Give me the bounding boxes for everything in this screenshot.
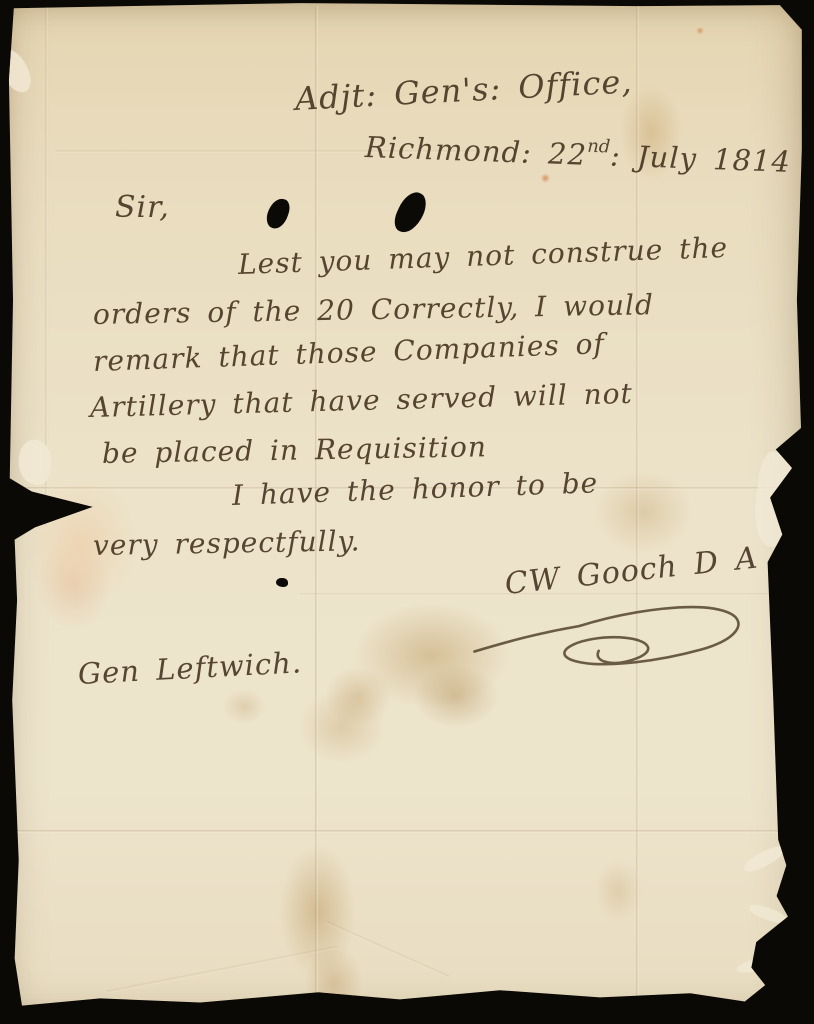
header-date-superscript: nd xyxy=(587,136,611,158)
body-line-2: orders of the 20 Correctly, I would xyxy=(93,288,654,331)
header-office-line: Adjt: Gen's: Office, xyxy=(294,62,633,118)
salutation: Sir, xyxy=(115,190,170,225)
ink-blot-small xyxy=(276,578,288,587)
crumple-highlight-bottom-right-2 xyxy=(747,902,789,927)
paper-hole-left xyxy=(264,196,293,232)
addressee: Gen Leftwich. xyxy=(77,645,303,691)
closing-line-1: I have the honor to be xyxy=(231,466,598,512)
body-line-4: Artillery that have served will not xyxy=(90,377,634,424)
fold-crease-diagonal-left xyxy=(107,946,338,994)
header-date-suffix: : July 1814 xyxy=(609,139,791,179)
letter-paper: Adjt: Gen's: Office, Richmond: 22nd: Jul… xyxy=(0,0,814,1024)
header-date-line: Richmond: 22nd: July 1814 xyxy=(364,130,791,179)
torn-flap-top-left xyxy=(0,45,35,97)
closing-line-2: very respectfully. xyxy=(93,524,361,562)
body-line-5: be placed in Requisition xyxy=(102,430,487,470)
fold-crease-horizontal-bottom xyxy=(14,830,796,833)
paper-hole-right xyxy=(390,188,430,237)
body-line-3: remark that those Companies of xyxy=(92,327,605,378)
signature-flourish xyxy=(467,588,752,692)
torn-flap-left-edge xyxy=(13,437,57,488)
signature: CW Gooch D A G xyxy=(503,536,801,602)
body-line-1: Lest you may not construe the xyxy=(237,231,728,281)
fold-crease-vertical-left xyxy=(45,6,48,526)
torn-flap-right-edge xyxy=(750,450,799,549)
header-date-prefix: Richmond: 22 xyxy=(364,130,587,172)
crumple-highlight-bottom-right-3 xyxy=(735,952,784,975)
photo-background: Adjt: Gen's: Office, Richmond: 22nd: Jul… xyxy=(0,0,814,1024)
fold-crease-diagonal-right xyxy=(325,921,450,979)
crumple-highlight-bottom-right-1 xyxy=(741,842,786,875)
